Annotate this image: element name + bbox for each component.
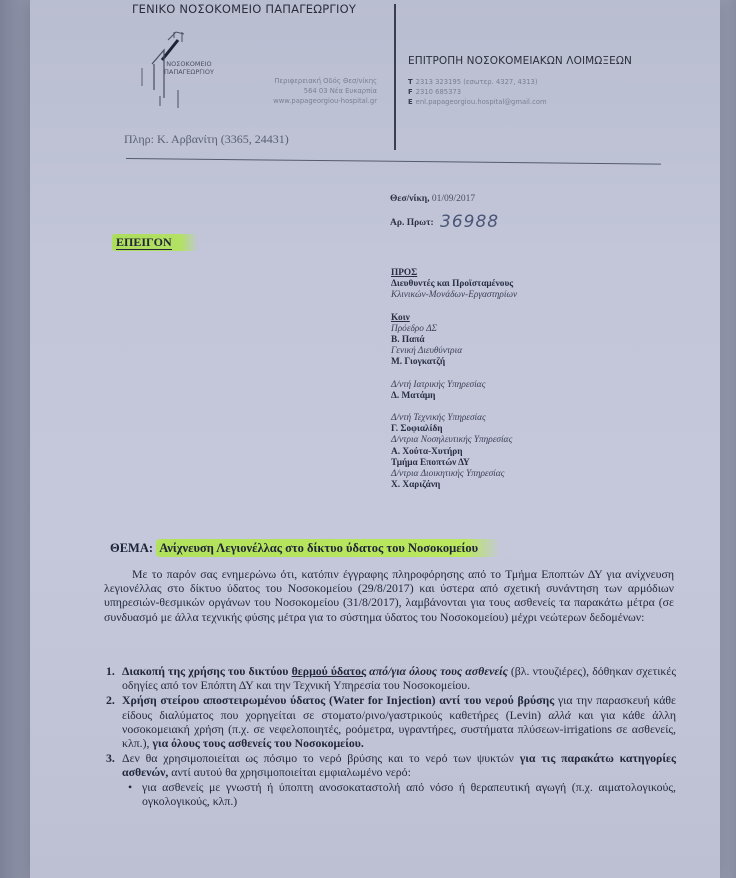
hospital-address: Περιφερειακή Οδός Θεσ/νίκης 564 03 Νέα Ε… — [232, 76, 377, 106]
protocol-line: Αρ. Πρωτ: 36988 — [390, 212, 499, 232]
committee-name: ΕΠΙΤΡΟΠΗ ΝΟΣΟΚΟΜΕΙΑΚΩΝ ΛΟΙΜΩΞΕΩΝ — [408, 55, 632, 67]
contact-person: Πληρ: Κ. Αρβανίτη (3365, 24431) — [124, 132, 289, 147]
header-divider-vertical — [394, 4, 396, 150]
sub-bullet-list: για ασθενείς με γνωστή ή ύποπτη ανοσοκατ… — [122, 780, 676, 808]
logo-caption: ΝΟΣΟΚΟΜΕΙΟ ΠΑΠΑΓΕΩΡΓΙΟΥ — [164, 60, 214, 76]
cc-label: Κοιν — [391, 313, 517, 324]
urgent-label: ΕΠΕΙΓΟΝ — [112, 234, 198, 251]
list-item: 2. Χρήση στείρου αποστειρωμένου ύδατος (… — [104, 693, 676, 750]
hospital-name: ΓΕΝΙΚΟ ΝΟΣΟΚΟΜΕΙΟ ΠΑΠΑΓΕΩΡΓΙΟΥ — [132, 2, 356, 16]
list-item: 3. Δεν θα χρησιμοποιείται ως πόσιμο το ν… — [104, 751, 676, 808]
subject-line: ΘΕΜΑ: Ανίχνευση Λεγιονέλλας στο δίκτυο ύ… — [110, 541, 500, 556]
recipients-block: ΠΡΟΣ Διευθυντές και Προϊσταμένους Κλινικ… — [391, 268, 517, 491]
bullet-item: για ασθενείς με γνωστή ή ύποπτη ανοσοκατ… — [122, 780, 676, 808]
protocol-number: 36988 — [440, 212, 499, 232]
to-label: ΠΡΟΣ — [391, 268, 517, 279]
contact-details: T2313 323195 (εσωτερ. 4327, 4313) F2310 … — [408, 77, 547, 107]
measures-list: 1. Διακοπή της χρήσης του δικτύου θερμού… — [104, 664, 676, 809]
fax-line: F2310 685373 — [408, 87, 547, 97]
document-date: 01/09/2017 — [432, 194, 475, 204]
phone-line: T2313 323195 (εσωτερ. 4327, 4313) — [408, 77, 547, 87]
email-line: Eenl.papageorgiou.hospital@gmail.com — [408, 97, 547, 107]
subject-label: ΘΕΜΑ: — [110, 541, 153, 555]
subject-text: Ανίχνευση Λεγιονέλλας στο δίκτυο ύδατος … — [156, 539, 500, 557]
website-link: www.papageorgiou-hospital.gr — [232, 96, 377, 106]
date-line: Θεσ/νίκη, 01/09/2017 — [390, 194, 475, 204]
background-left-edge — [0, 0, 34, 878]
body-intro: Με το παρόν σας ενημερώνω ότι, κατόπιν έ… — [104, 567, 674, 624]
list-item: 1. Διακοπή της χρήσης του δικτύου θερμού… — [104, 664, 676, 692]
